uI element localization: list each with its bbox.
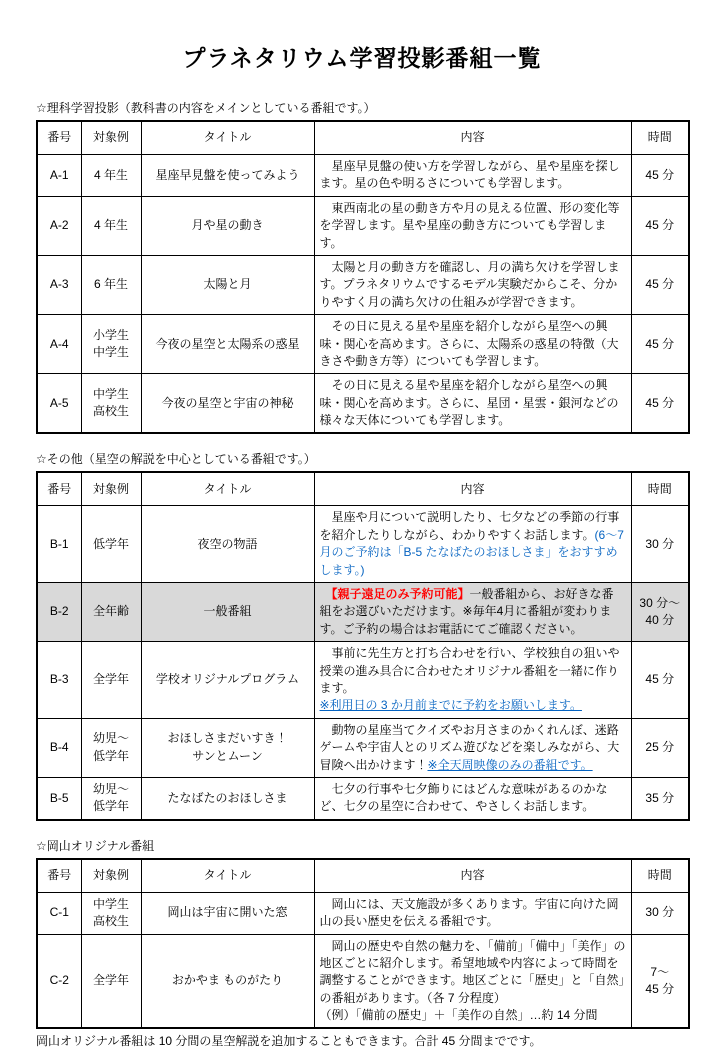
column-header: 内容 [314,859,631,893]
column-header: 時間 [631,472,689,506]
cell-duration: 45 分 [631,196,689,255]
cell-program-number: A-1 [37,155,81,197]
cell-program-number: B-2 [37,583,81,642]
column-header: 番号 [37,859,81,893]
cell-program-description: その日に見える星や星座を紹介しながら星空への興味・関心を高めます。さらに、太陽系… [314,315,631,374]
footer-note: 岡山オリジナル番組は 10 分間の星空解説を追加することもできます。合計 45 … [36,1032,688,1049]
cell-program-title: おほしさまだいすき！ サンとムーン [141,718,314,777]
cell-target-audience: 幼児～ 低学年 [81,718,141,777]
description-segment: 星座早見盤の使い方を学習しながら、星や星座を探します。星の色や明るさについても学… [320,159,620,190]
description-segment: 岡山の歴史や自然の魅力を、「備前」「備中」「美作」の地区ごとに紹介します。希望地… [320,939,626,1023]
cell-duration: 30 分 [631,506,689,583]
cell-target-audience: 中学生 高校生 [81,374,141,434]
cell-program-number: B-4 [37,718,81,777]
cell-target-audience: 全学年 [81,642,141,719]
column-header: タイトル [141,121,314,155]
cell-duration: 45 分 [631,642,689,719]
cell-duration: 25 分 [631,718,689,777]
description-segment: 七夕の行事や七夕飾りにはどんな意味があるのかなど、七夕の星空に合わせて、やさしく… [320,782,608,813]
cell-program-title: おかやま ものがたり [141,934,314,1028]
sections-container: ☆理科学習投影（教科書の内容をメインとしている番組です。）番号対象例タイトル内容… [36,99,688,1029]
cell-program-description: その日に見える星や星座を紹介しながら星空への興味・関心を高めます。さらに、星団・… [314,374,631,434]
cell-target-audience: 4 年生 [81,155,141,197]
column-header: 時間 [631,859,689,893]
document-page: プラネタリウム学習投影番組一覧 ☆理科学習投影（教科書の内容をメインとしている番… [36,40,688,1049]
description-segment: その日に見える星や星座を紹介しながら星空への興味・関心を高めます。さらに、太陽系… [320,319,619,368]
cell-target-audience: 4 年生 [81,196,141,255]
cell-duration: 30 分 [631,892,689,934]
cell-program-description: 【親子遠足のみ予約可能】一般番組から、お好きな番組をお選びいただけます。※毎年4… [314,583,631,642]
cell-program-description: 事前に先生方と打ち合わせを行い、学校独自の狙いや授業の進み具合に合わせたオリジナ… [314,642,631,719]
description-segment: 太陽と月の動き方を確認し、月の満ち欠けを学習します。プラネタリウムでするモデル実… [320,260,620,309]
cell-program-description: 太陽と月の動き方を確認し、月の満ち欠けを学習します。プラネタリウムでするモデル実… [314,255,631,314]
column-header: 内容 [314,121,631,155]
header-row: 番号対象例タイトル内容時間 [37,472,689,506]
column-header: 対象例 [81,472,141,506]
cell-program-title: 岡山は宇宙に開いた窓 [141,892,314,934]
cell-program-title: 夜空の物語 [141,506,314,583]
description-segment: 東西南北の星の動き方や月の見える位置、形の変化等を学習します。星や星座の動き方に… [320,201,620,250]
column-header: タイトル [141,859,314,893]
cell-program-description: 七夕の行事や七夕飾りにはどんな意味があるのかなど、七夕の星空に合わせて、やさしく… [314,777,631,819]
cell-duration: 30 分～ 40 分 [631,583,689,642]
description-segment: 事前に先生方と打ち合わせを行い、学校独自の狙いや授業の進み具合に合わせたオリジナ… [320,646,620,695]
cell-program-number: B-1 [37,506,81,583]
table-row: A-24 年生月や星の動き 東西南北の星の動き方や月の見える位置、形の変化等を学… [37,196,689,255]
cell-program-number: B-3 [37,642,81,719]
cell-program-title: 今夜の星空と太陽系の惑星 [141,315,314,374]
description-segment: ※全天周映像のみの番組です。 [428,758,593,772]
cell-duration: 35 分 [631,777,689,819]
cell-target-audience: 中学生 高校生 [81,892,141,934]
table-row: A-5中学生 高校生今夜の星空と宇宙の神秘 その日に見える星や星座を紹介しながら… [37,374,689,434]
cell-program-title: 学校オリジナルプログラム [141,642,314,719]
table-row: A-14 年生星座早見盤を使ってみよう 星座早見盤の使い方を学習しながら、星や星… [37,155,689,197]
program-table: 番号対象例タイトル内容時間B-1低学年夜空の物語 星座や月について説明したり、七… [36,471,690,820]
cell-program-description: 東西南北の星の動き方や月の見える位置、形の変化等を学習します。星や星座の動き方に… [314,196,631,255]
cell-target-audience: 小学生 中学生 [81,315,141,374]
cell-program-description: 星座や月について説明したり、七夕などの季節の行事を紹介したりしながら、わかりやす… [314,506,631,583]
description-segment: その日に見える星や星座を紹介しながら星空への興味・関心を高めます。さらに、星団・… [320,378,619,427]
cell-program-title: 太陽と月 [141,255,314,314]
cell-program-title: 月や星の動き [141,196,314,255]
cell-program-number: B-5 [37,777,81,819]
program-table: 番号対象例タイトル内容時間A-14 年生星座早見盤を使ってみよう 星座早見盤の使… [36,120,690,434]
section-heading: ☆その他（星空の解説を中心としている番組です。） [36,450,688,467]
table-row: A-4小学生 中学生今夜の星空と太陽系の惑星 その日に見える星や星座を紹介しなが… [37,315,689,374]
cell-program-title: 今夜の星空と宇宙の神秘 [141,374,314,434]
description-segment: 星座や月について説明したり、七夕などの季節の行事を紹介したりしながら、わかりやす… [320,510,620,541]
column-header: 対象例 [81,121,141,155]
column-header: 番号 [37,121,81,155]
table-row: B-4幼児～ 低学年おほしさまだいすき！ サンとムーン 動物の星座当てクイズやお… [37,718,689,777]
cell-duration: 45 分 [631,255,689,314]
program-section: ☆岡山オリジナル番組番号対象例タイトル内容時間C-1中学生 高校生岡山は宇宙に開… [36,837,688,1030]
cell-program-number: A-5 [37,374,81,434]
section-heading: ☆岡山オリジナル番組 [36,837,688,854]
column-header: 対象例 [81,859,141,893]
cell-program-number: C-2 [37,934,81,1028]
table-row: B-5幼児～ 低学年たなばたのおほしさま 七夕の行事や七夕飾りにはどんな意味があ… [37,777,689,819]
column-header: 内容 [314,472,631,506]
cell-target-audience: 低学年 [81,506,141,583]
program-table: 番号対象例タイトル内容時間C-1中学生 高校生岡山は宇宙に開いた窓 岡山には、天… [36,858,690,1030]
table-row: A-36 年生太陽と月 太陽と月の動き方を確認し、月の満ち欠けを学習します。プラ… [37,255,689,314]
cell-program-title: 一般番組 [141,583,314,642]
program-section: ☆その他（星空の解説を中心としている番組です。）番号対象例タイトル内容時間B-1… [36,450,688,820]
description-segment: 【親子遠足のみ予約可能】 [320,587,470,601]
cell-program-description: 岡山には、天文施設が多くあります。宇宙に向けた岡山の長い歴史を伝える番組です。 [314,892,631,934]
cell-program-number: A-3 [37,255,81,314]
description-segment: ※利用日の 3 か月前までに予約をお願いします。 [320,698,582,712]
table-row: C-2全学年おかやま ものがたり 岡山の歴史や自然の魅力を、「備前」「備中」「美… [37,934,689,1028]
column-header: タイトル [141,472,314,506]
cell-target-audience: 全学年 [81,934,141,1028]
cell-duration: 45 分 [631,315,689,374]
header-row: 番号対象例タイトル内容時間 [37,859,689,893]
page-title: プラネタリウム学習投影番組一覧 [36,40,688,73]
cell-program-title: たなばたのおほしさま [141,777,314,819]
cell-program-number: A-2 [37,196,81,255]
cell-duration: 45 分 [631,374,689,434]
cell-program-title: 星座早見盤を使ってみよう [141,155,314,197]
table-row: B-2全年齢一般番組 【親子遠足のみ予約可能】一般番組から、お好きな番組をお選び… [37,583,689,642]
table-row: C-1中学生 高校生岡山は宇宙に開いた窓 岡山には、天文施設が多くあります。宇宙… [37,892,689,934]
table-row: B-1低学年夜空の物語 星座や月について説明したり、七夕などの季節の行事を紹介し… [37,506,689,583]
column-header: 番号 [37,472,81,506]
cell-program-description: 星座早見盤の使い方を学習しながら、星や星座を探します。星の色や明るさについても学… [314,155,631,197]
cell-program-description: 岡山の歴史や自然の魅力を、「備前」「備中」「美作」の地区ごとに紹介します。希望地… [314,934,631,1028]
cell-program-description: 動物の星座当てクイズやお月さまのかくれんぼ、迷路ゲームや宇宙人とのリズム遊びなど… [314,718,631,777]
cell-target-audience: 幼児～ 低学年 [81,777,141,819]
table-row: B-3全学年学校オリジナルプログラム 事前に先生方と打ち合わせを行い、学校独自の… [37,642,689,719]
section-heading: ☆理科学習投影（教科書の内容をメインとしている番組です。） [36,99,688,116]
cell-duration: 7～ 45 分 [631,934,689,1028]
cell-program-number: C-1 [37,892,81,934]
header-row: 番号対象例タイトル内容時間 [37,121,689,155]
column-header: 時間 [631,121,689,155]
cell-target-audience: 6 年生 [81,255,141,314]
cell-program-number: A-4 [37,315,81,374]
cell-duration: 45 分 [631,155,689,197]
program-section: ☆理科学習投影（教科書の内容をメインとしている番組です。）番号対象例タイトル内容… [36,99,688,434]
cell-target-audience: 全年齢 [81,583,141,642]
description-segment: 岡山には、天文施設が多くあります。宇宙に向けた岡山の長い歴史を伝える番組です。 [320,897,619,928]
